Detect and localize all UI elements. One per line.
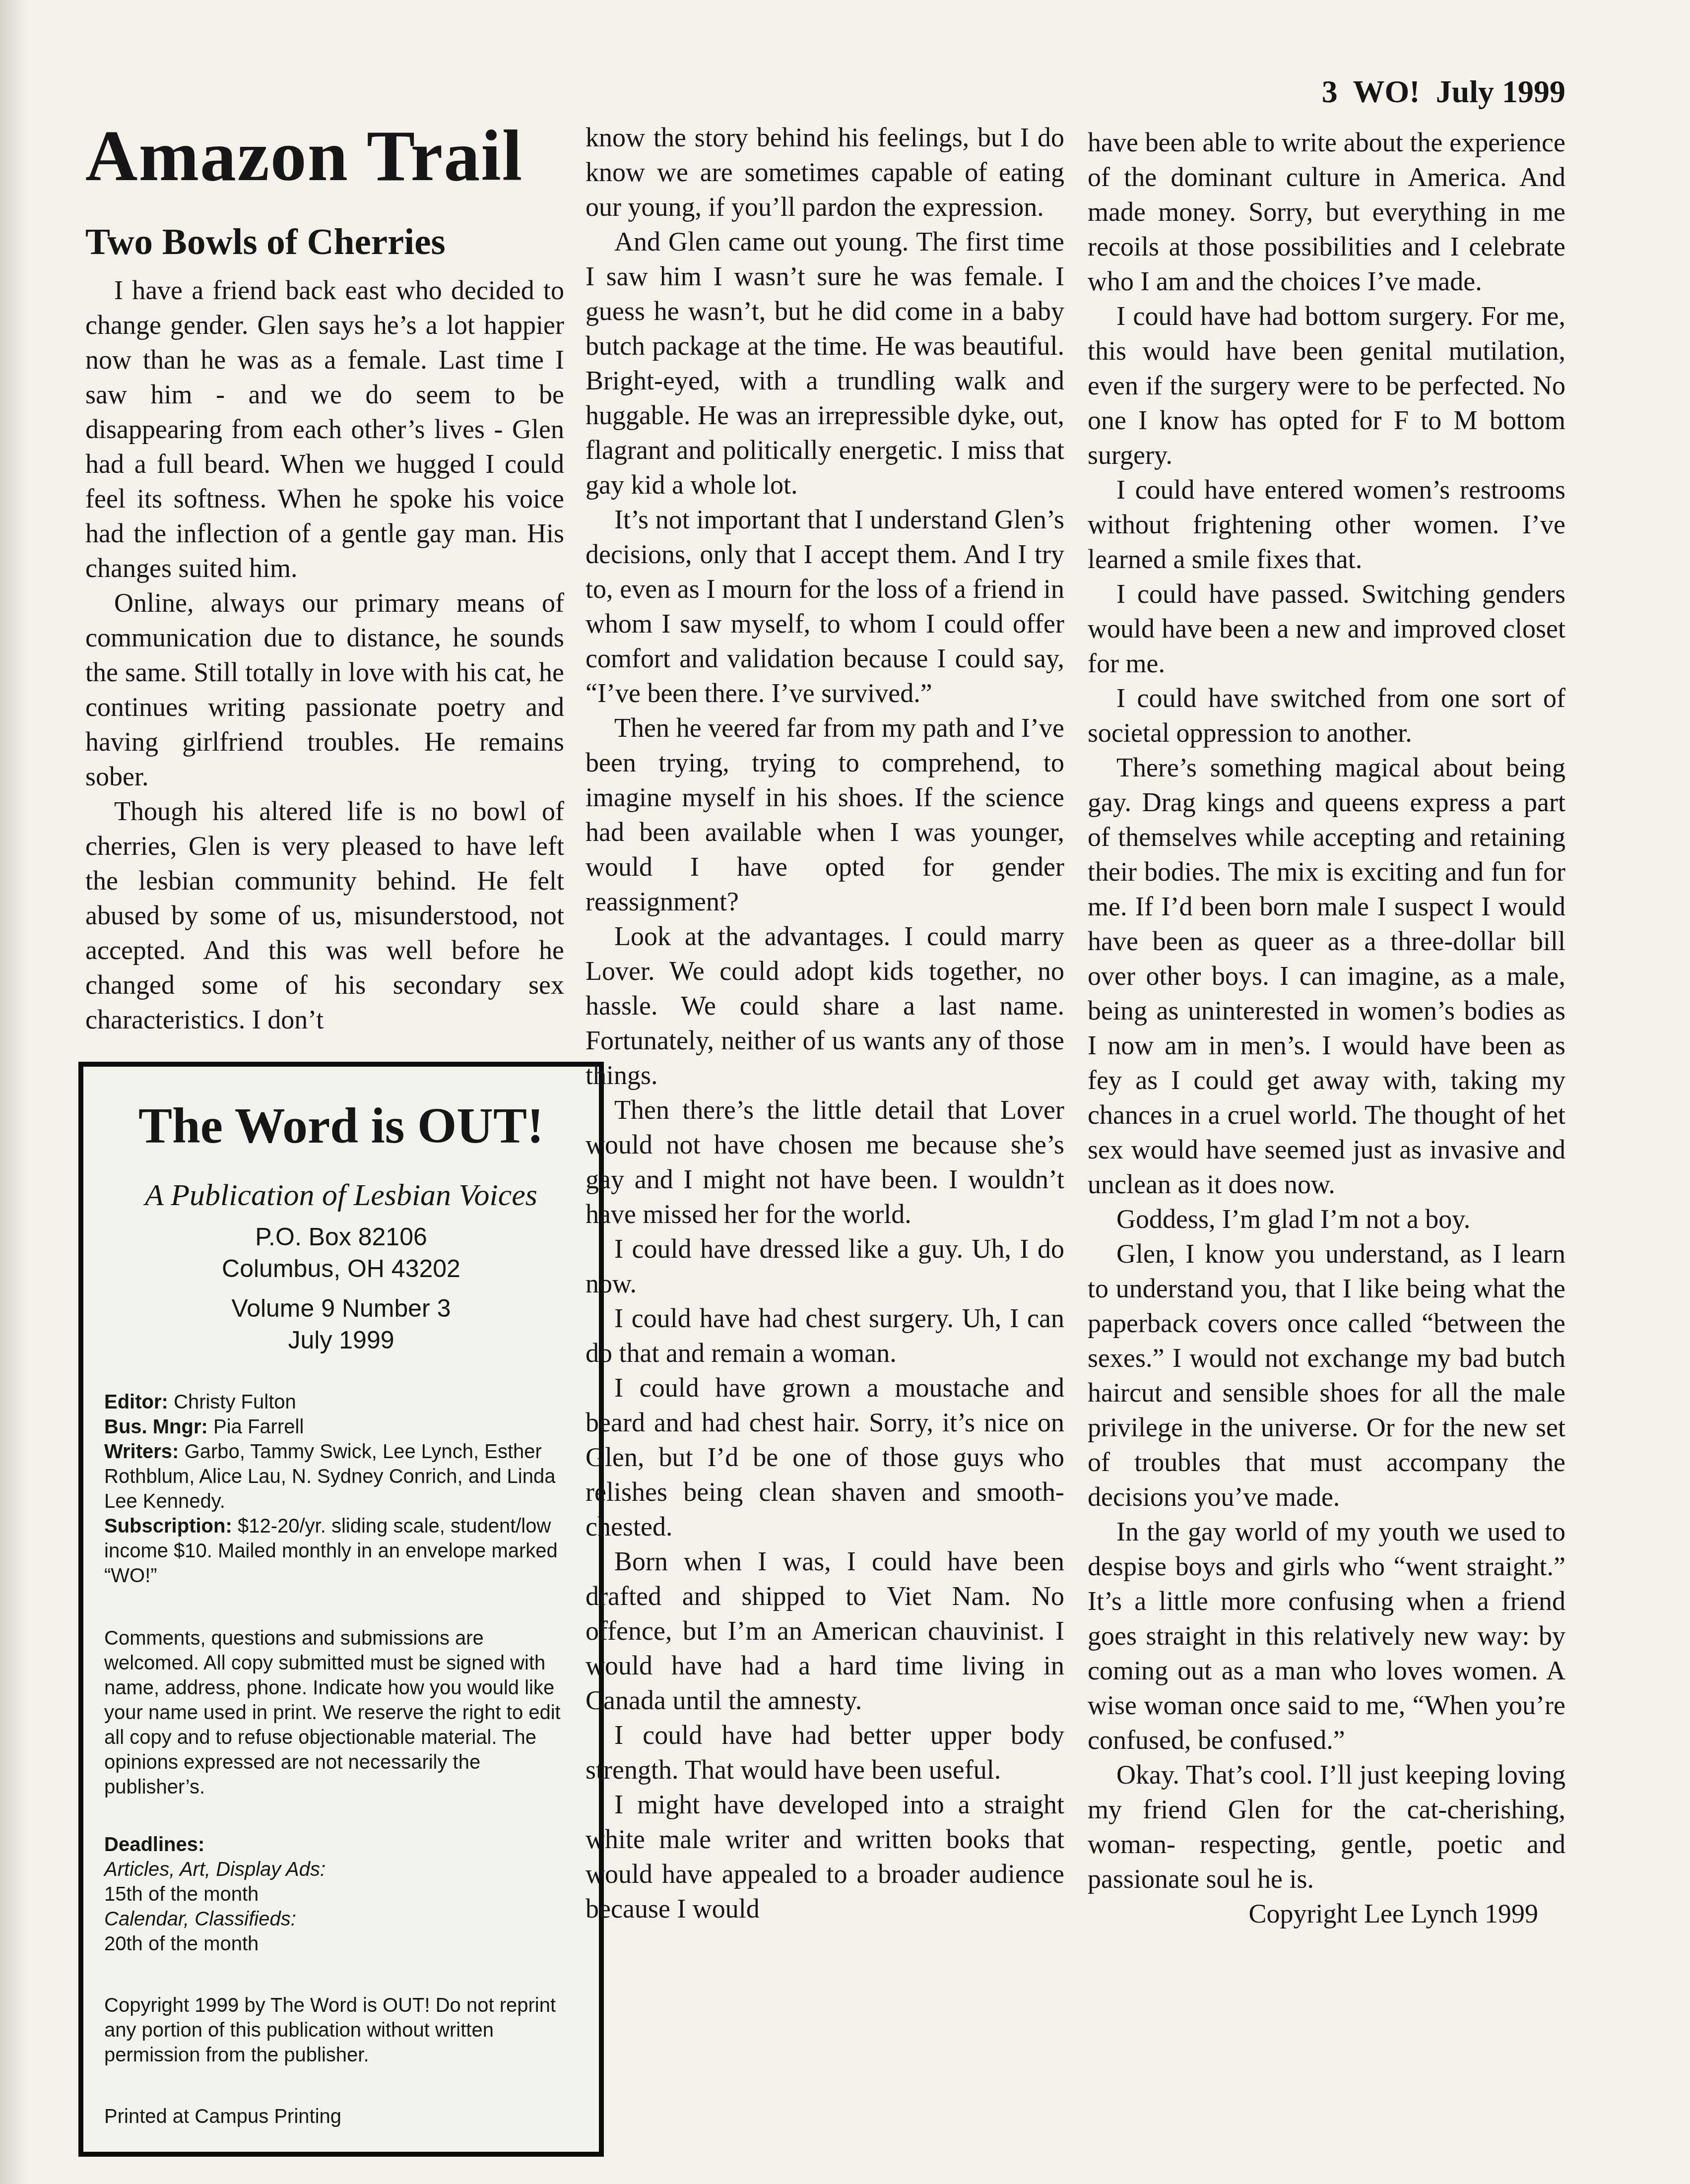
paragraph: Okay. That’s cool. I’ll just keeping lov…: [1088, 1757, 1565, 1896]
masthead-box: The Word is OUT! A Publication of Lesbia…: [78, 1062, 604, 2157]
column-middle-text: know the story behind his feelings, but …: [585, 120, 1064, 1926]
masthead-copyright-text: Copyright 1999 by The Word is OUT! Do no…: [104, 1993, 578, 2067]
masthead-deadlines-block: Deadlines: Articles, Art, Display Ads: 1…: [104, 1832, 578, 1956]
busmngr-name: Pia Farrell: [213, 1416, 304, 1438]
paragraph: Then there’s the little detail that Love…: [585, 1092, 1064, 1231]
column-right-text: have been able to write about the experi…: [1088, 125, 1565, 1896]
page-header: 3 WO! July 1999: [1067, 73, 1565, 110]
deadlines-label: Deadlines:: [104, 1832, 578, 1857]
masthead-editor-line: Editor: Christy Fulton: [104, 1390, 578, 1414]
masthead-busmngr-line: Bus. Mngr: Pia Farrell: [104, 1414, 578, 1439]
editor-name: Christy Fulton: [174, 1391, 296, 1413]
paragraph: Online, always our primary means of comm…: [85, 585, 564, 794]
paragraph: I could have grown a moustache and beard…: [585, 1370, 1064, 1544]
paragraph: I could have had bottom surgery. For me,…: [1088, 299, 1565, 472]
paragraph: I could have had better upper body stren…: [585, 1718, 1064, 1787]
deadline1-value: 15th of the month: [104, 1882, 578, 1907]
paragraph: Though his altered life is no bowl of ch…: [85, 794, 564, 1037]
masthead-volume: Volume 9 Number 3: [104, 1292, 578, 1324]
column-right: have been able to write about the experi…: [1088, 125, 1565, 1931]
paragraph: Born when I was, I could have been draft…: [585, 1544, 1064, 1718]
paragraph: know the story behind his feelings, but …: [585, 120, 1064, 224]
paragraph: I could have had chest surgery. Uh, I ca…: [585, 1301, 1064, 1370]
article-subtitle: Two Bowls of Cherries: [85, 223, 564, 262]
article-title: Amazon Trail: [85, 118, 564, 194]
busmngr-label: Bus. Mngr:: [104, 1416, 208, 1438]
paragraph: I have a friend back east who decided to…: [85, 273, 564, 585]
subscription-label: Subscription:: [104, 1515, 232, 1537]
paragraph: I could have passed. Switching genders w…: [1088, 577, 1565, 681]
paragraph: Glen, I know you understand, as I learn …: [1088, 1236, 1565, 1514]
paragraph: have been able to write about the experi…: [1088, 125, 1565, 299]
paragraph: It’s not important that I understand Gle…: [585, 502, 1064, 710]
paragraph: Then he veered far from my path and I’ve…: [585, 710, 1064, 919]
newsletter-page: 3 WO! July 1999 Amazon Trail Two Bowls o…: [0, 0, 1690, 2184]
masthead-tagline: A Publication of Lesbian Voices: [104, 1178, 578, 1212]
paragraph: I could have dressed like a guy. Uh, I d…: [585, 1231, 1064, 1301]
paragraph: Look at the advantages. I could marry Lo…: [585, 919, 1064, 1092]
masthead-address-line2: Columbus, OH 43202: [104, 1253, 578, 1285]
masthead-copyright-block: Copyright 1999 by The Word is OUT! Do no…: [104, 1993, 578, 2067]
masthead-issue-date: July 1999: [104, 1324, 578, 1356]
deadline1-title: Articles, Art, Display Ads:: [104, 1857, 578, 1882]
masthead-comments-text: Comments, questions and submissions are …: [104, 1626, 578, 1799]
writers-label: Writers:: [104, 1441, 179, 1463]
masthead-printer-text: Printed at Campus Printing: [104, 2104, 578, 2129]
deadline2-title: Calendar, Classifieds:: [104, 1907, 578, 1931]
paragraph: I could have entered women’s restrooms w…: [1088, 472, 1565, 577]
paragraph: There’s something magical about being ga…: [1088, 750, 1565, 1202]
editor-label: Editor:: [104, 1391, 168, 1413]
masthead-title: The Word is OUT!: [104, 1099, 578, 1153]
paragraph: Goddess, I’m glad I’m not a boy.: [1088, 1202, 1565, 1236]
column-left-text: I have a friend back east who decided to…: [85, 273, 564, 1037]
masthead-subscription-line: Subscription: $12-20/yr. sliding scale, …: [104, 1514, 578, 1588]
column-middle: know the story behind his feelings, but …: [585, 120, 1064, 1926]
paragraph: I might have developed into a straight w…: [585, 1787, 1064, 1926]
masthead-staff-block: Editor: Christy Fulton Bus. Mngr: Pia Fa…: [104, 1390, 578, 1588]
column-left: Amazon Trail Two Bowls of Cherries I hav…: [85, 118, 564, 1037]
masthead-printer-block: Printed at Campus Printing: [104, 2104, 578, 2129]
masthead-writers-line: Writers: Garbo, Tammy Swick, Lee Lynch, …: [104, 1439, 578, 1514]
deadline2-value: 20th of the month: [104, 1931, 578, 1956]
masthead-comments-block: Comments, questions and submissions are …: [104, 1626, 578, 1799]
paragraph: And Glen came out young. The first time …: [585, 224, 1064, 502]
paragraph: I could have switched from one sort of s…: [1088, 681, 1565, 750]
paragraph: In the gay world of my youth we used to …: [1088, 1514, 1565, 1757]
copyright-byline: Copyright Lee Lynch 1999: [1088, 1896, 1565, 1931]
masthead-address-line1: P.O. Box 82106: [104, 1221, 578, 1253]
